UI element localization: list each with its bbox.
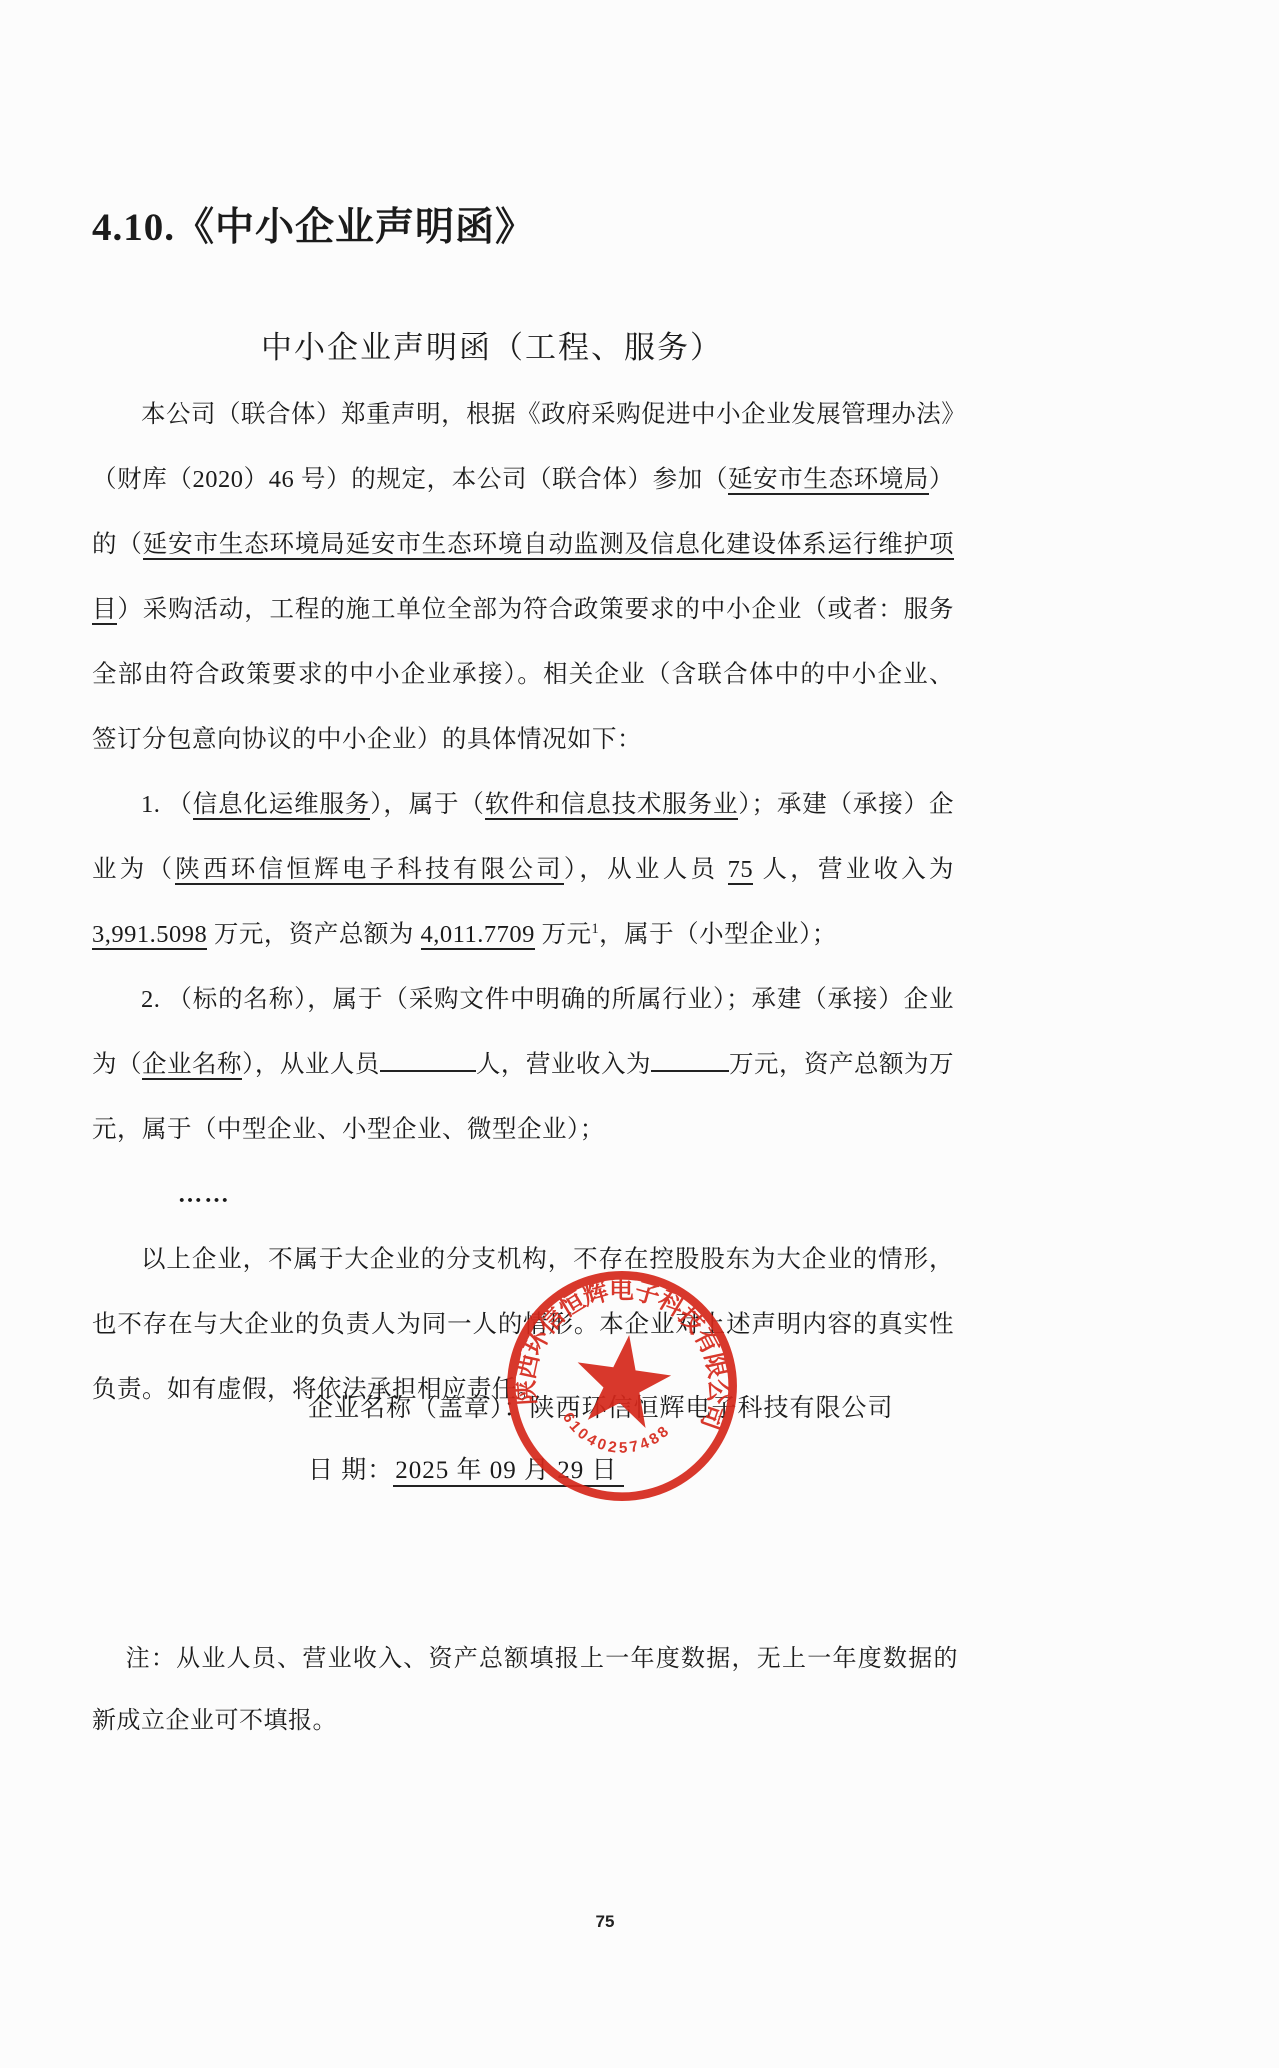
doc-body: 本公司（联合体）郑重声明，根据《政府采购促进中小企业发展管理办法》（财库（202… — [92, 382, 954, 1422]
item1-employees: 75 — [728, 856, 754, 885]
item2-employees-blank — [380, 1047, 476, 1072]
footnote-text: 注：从业人员、营业收入、资产总额填报上一年度数据，无上一年度数据的新成立企业可不… — [92, 1646, 958, 1734]
signature-date-row: 日 期：2025 年 09 月 29 日 — [308, 1440, 894, 1502]
item1-text-1: 1. （ — [141, 791, 193, 818]
page-number: 75 — [0, 1912, 1210, 1932]
item2-revenue-blank — [651, 1047, 729, 1072]
item1-text-8: ，属于（小型企业）； — [599, 921, 837, 948]
doc-title: 中小企业声明函（工程、服务） — [92, 322, 892, 367]
ellipsis-line: …… — [92, 1162, 954, 1227]
intro-text-3: ）采购活动，工程的施工单位全部为符合政策要求的中小企业（或者：服务全部由符合政策… — [92, 596, 954, 753]
date-label: 日 期： — [308, 1457, 393, 1484]
item1-assets: 4,011.7709 — [421, 921, 535, 950]
section-title: 4.10.《中小企业声明函》 — [92, 196, 535, 252]
signature-company-name: 陕西环信恒辉电子科技有限公司 — [530, 1395, 894, 1422]
paragraph-item1: 1. （信息化运维服务），属于（软件和信息技术服务业）；承建（承接）企业为（陕西… — [92, 772, 954, 967]
item1-company-name: 陕西环信恒辉电子科技有限公司 — [175, 856, 564, 885]
purchaser-name: 延安市生态环境局 — [728, 466, 929, 495]
item2-text-2: ），从业人员 — [242, 1051, 380, 1078]
item1-industry: 软件和信息技术服务业 — [485, 791, 739, 820]
footnote: 注：从业人员、营业收入、资产总额填报上一年度数据，无上一年度数据的新成立企业可不… — [92, 1628, 958, 1752]
item2-company-placeholder: 企业名称 — [142, 1051, 242, 1080]
item2-text-3: 人，营业收入为 — [476, 1051, 651, 1078]
document-page: 4.10.《中小企业声明函》 中小企业声明函（工程、服务） 本公司（联合体）郑重… — [0, 0, 1279, 2068]
item1-text-4: ），从业人员 — [564, 856, 728, 883]
item1-text-2: ），属于（ — [370, 791, 485, 818]
company-seal-label: 企业名称（盖章）： — [308, 1395, 530, 1422]
signature-company-row: 企业名称（盖章）：陕西环信恒辉电子科技有限公司 — [308, 1378, 894, 1440]
item1-text-6: 万元，资产总额为 — [207, 921, 420, 948]
item1-revenue: 3,991.5098 — [92, 921, 207, 950]
item1-service-name: 信息化运维服务 — [193, 791, 371, 820]
date-value: 2025 年 09 月 29 日 — [393, 1457, 623, 1487]
paragraph-item2: 2. （标的名称），属于（采购文件中明确的所属行业）；承建（承接）企业为（企业名… — [92, 967, 954, 1162]
item1-text-7: 万元 — [535, 921, 592, 948]
item1-text-5: 人，营业收入为 — [753, 856, 954, 883]
signature-block: 企业名称（盖章）：陕西环信恒辉电子科技有限公司 日 期：2025 年 09 月 … — [308, 1378, 894, 1502]
paragraph-intro: 本公司（联合体）郑重声明，根据《政府采购促进中小企业发展管理办法》（财库（202… — [92, 382, 954, 772]
footnote-mark: 1 — [591, 921, 599, 937]
